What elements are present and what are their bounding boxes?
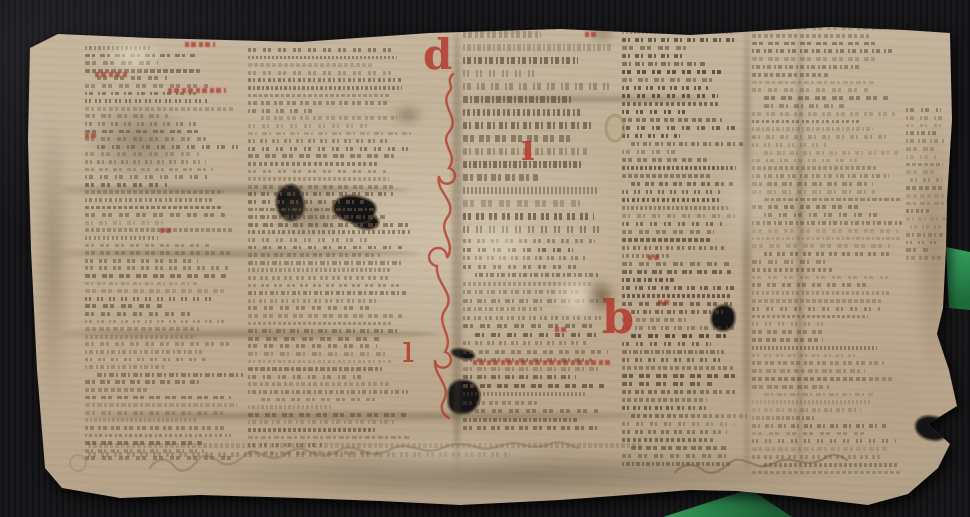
red-penwork-flourish	[429, 74, 455, 418]
owner-inscription-right	[675, 455, 847, 473]
owner-inscription-left	[150, 442, 578, 470]
ring-mark	[70, 455, 86, 471]
photograph-of-manuscript: d ı b ı	[0, 0, 970, 517]
leaf-shadow-wrapper: d ı b ı	[0, 0, 970, 517]
olive-letter-o	[606, 115, 624, 141]
rubric-initial-b: b	[602, 294, 634, 340]
rubric-initial-i-center: ı	[521, 130, 535, 166]
parchment-leaf: d ı b ı	[25, 26, 958, 506]
rubric-initial-d: d	[423, 34, 452, 76]
rubric-initial-i-left: ı	[402, 330, 414, 368]
ink-overlay	[25, 26, 958, 506]
